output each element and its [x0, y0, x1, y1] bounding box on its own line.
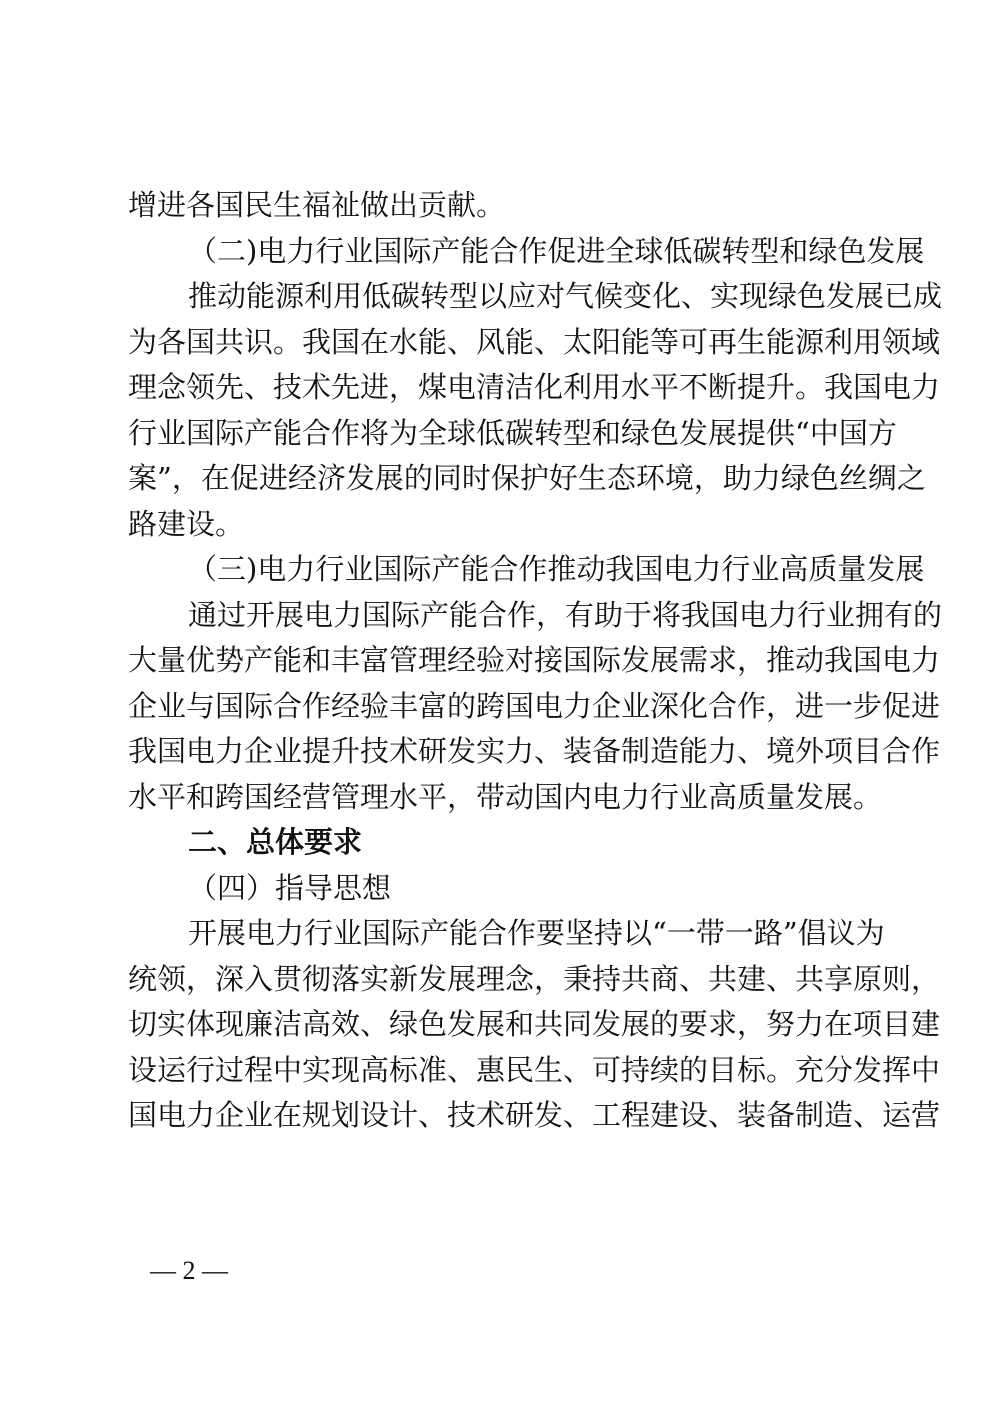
section-heading-4: （四）指导思想 [188, 865, 926, 911]
paragraph-line: 大量优势产能和丰富管理经验对接国际发展需求，推动我国电力 [128, 637, 866, 683]
paragraph-line: 设运行过程中实现高标准、惠民生、可持续的目标。充分发挥中 [128, 1047, 866, 1093]
paragraph-line: 我国电力企业提升技术研发实力、装备制造能力、境外项目合作 [128, 728, 866, 774]
chapter-heading: 二、总体要求 [188, 819, 926, 865]
paragraph-line: 路建设。 [128, 501, 866, 547]
paragraph-line: 切实体现廉洁高效、绿色发展和共同发展的要求，努力在项目建 [128, 1001, 866, 1047]
page-number: — 2 — [150, 1256, 228, 1286]
section-heading-3: （三)电力行业国际产能合作推动我国电力行业高质量发展 [188, 546, 866, 592]
paragraph-line: 水平和跨国经营管理水平，带动国内电力行业高质量发展。 [128, 774, 866, 820]
paragraph-line: 推动能源利用低碳转型以应对气候变化、实现绿色发展已成 [188, 273, 866, 319]
paragraph-line: 为各国共识。我国在水能、风能、太阳能等可再生能源利用领域 [128, 319, 866, 365]
paragraph-line: 理念领先、技术先进，煤电清洁化利用水平不断提升。我国电力 [128, 364, 866, 410]
section-heading-2: （二)电力行业国际产能合作促进全球低碳转型和绿色发展 [188, 228, 866, 274]
paragraph-line: 企业与国际合作经验丰富的跨国电力企业深化合作，进一步促进 [128, 683, 866, 729]
paragraph-line: 国电力企业在规划设计、技术研发、工程建设、装备制造、运营 [128, 1092, 866, 1138]
paragraph-line: 开展电力行业国际产能合作要坚持以“一带一路”倡议为 [188, 910, 866, 956]
paragraph-line: 案”，在促进经济发展的同时保护好生态环境，助力绿色丝绸之 [128, 455, 866, 501]
paragraph-line: 增进各国民生福祉做出贡献。 [128, 182, 866, 228]
paragraph-line: 行业国际产能合作将为全球低碳转型和绿色发展提供“中国方 [128, 410, 866, 456]
paragraph-line: 通过开展电力国际产能合作，有助于将我国电力行业拥有的 [188, 592, 866, 638]
paragraph-line: 统领，深入贯彻落实新发展理念，秉持共商、共建、共享原则， [128, 956, 866, 1002]
document-page: 增进各国民生福祉做出贡献。 （二)电力行业国际产能合作促进全球低碳转型和绿色发展… [0, 0, 992, 1403]
